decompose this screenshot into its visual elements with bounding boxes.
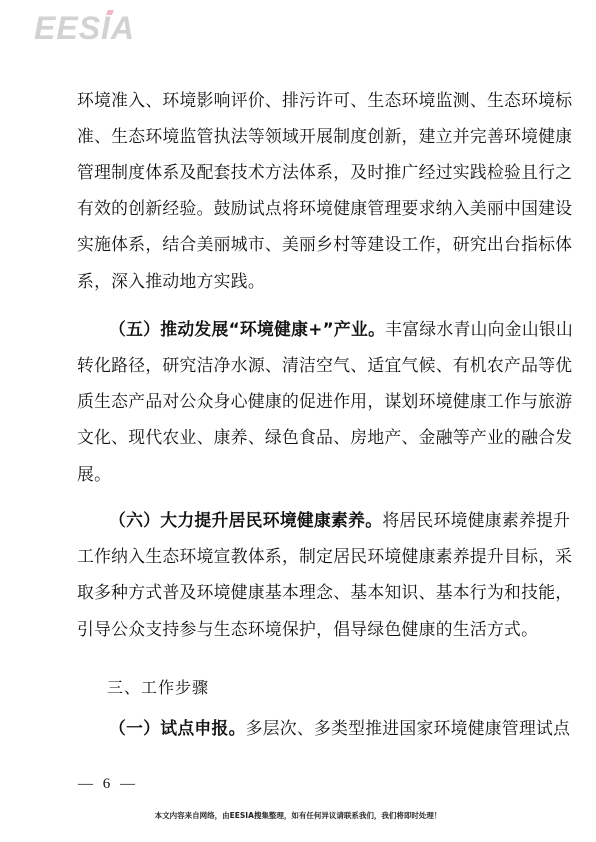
logo-text-2: A bbox=[111, 10, 135, 46]
text-line: 准、生态环境监管执法等领域开展制度创新，建立并完善环境健康 bbox=[77, 126, 519, 146]
page-number: — 6 — bbox=[78, 776, 135, 793]
text-line: 环境准入、环境影响评价、排污许可、生态环境监测、生态环境标 bbox=[77, 90, 519, 110]
paragraph-title: （五）推动发展“环境健康+”产业。 bbox=[109, 319, 385, 339]
footer-disclaimer: 本文内容来自网络，由EESIA搜集整理，如有任何异议请联系我们，我们将即时处理！ bbox=[0, 810, 596, 821]
text-line: 引导公众支持参与生态环境保护，倡导绿色健康的生活方式。 bbox=[77, 619, 519, 639]
logo-text-1: EES bbox=[34, 10, 101, 46]
text-line: 展。 bbox=[77, 464, 519, 484]
section-heading: 三、工作步骤 bbox=[107, 678, 209, 698]
text-line: 有效的创新经验。鼓励试点将环境健康管理要求纳入美丽中国建设 bbox=[77, 198, 519, 218]
paragraph-text: 多层次、多类型推进国家环境健康管理试点 bbox=[246, 718, 571, 738]
text-line: 取多种方式普及环境健康基本理念、基本知识、基本行为和技能， bbox=[77, 582, 519, 602]
text-line: 工作纳入生态环境宣教体系，制定居民环境健康素养提升目标，采 bbox=[77, 546, 519, 566]
paragraph-title: （六）大力提升居民环境健康素养。 bbox=[109, 510, 382, 530]
paragraph-first-line: （六）大力提升居民环境健康素养。将居民环境健康素养提升 bbox=[109, 510, 519, 530]
paragraph-text: 丰富绿水青山向金山银山 bbox=[385, 319, 573, 339]
eesia-logo: EESIA bbox=[34, 10, 135, 47]
text-line: 文化、现代农业、康养、绿色食品、房地产、金融等产业的融合发 bbox=[77, 427, 519, 447]
paragraph-text: 将居民环境健康素养提升 bbox=[382, 510, 570, 530]
text-line: 转化路径，研究洁净水源、清洁空气、适宜气候、有机农产品等优 bbox=[77, 355, 519, 375]
text-line: 系，深入推动地方实践。 bbox=[77, 271, 519, 291]
paragraph-first-line: （一）试点申报。多层次、多类型推进国家环境健康管理试点 bbox=[109, 718, 519, 738]
logo-text-i: I bbox=[101, 10, 111, 46]
text-line: 实施体系，结合美丽城市、美丽乡村等建设工作，研究出台指标体 bbox=[77, 234, 519, 254]
text-line: 质生态产品对公众身心健康的促进作用，谋划环境健康工作与旅游 bbox=[77, 391, 519, 411]
text-line: 管理制度体系及配套技术方法体系，及时推广经过实践检验且行之 bbox=[77, 162, 519, 182]
paragraph-title: （一）试点申报。 bbox=[109, 718, 246, 738]
paragraph-first-line: （五）推动发展“环境健康+”产业。丰富绿水青山向金山银山 bbox=[109, 319, 519, 339]
